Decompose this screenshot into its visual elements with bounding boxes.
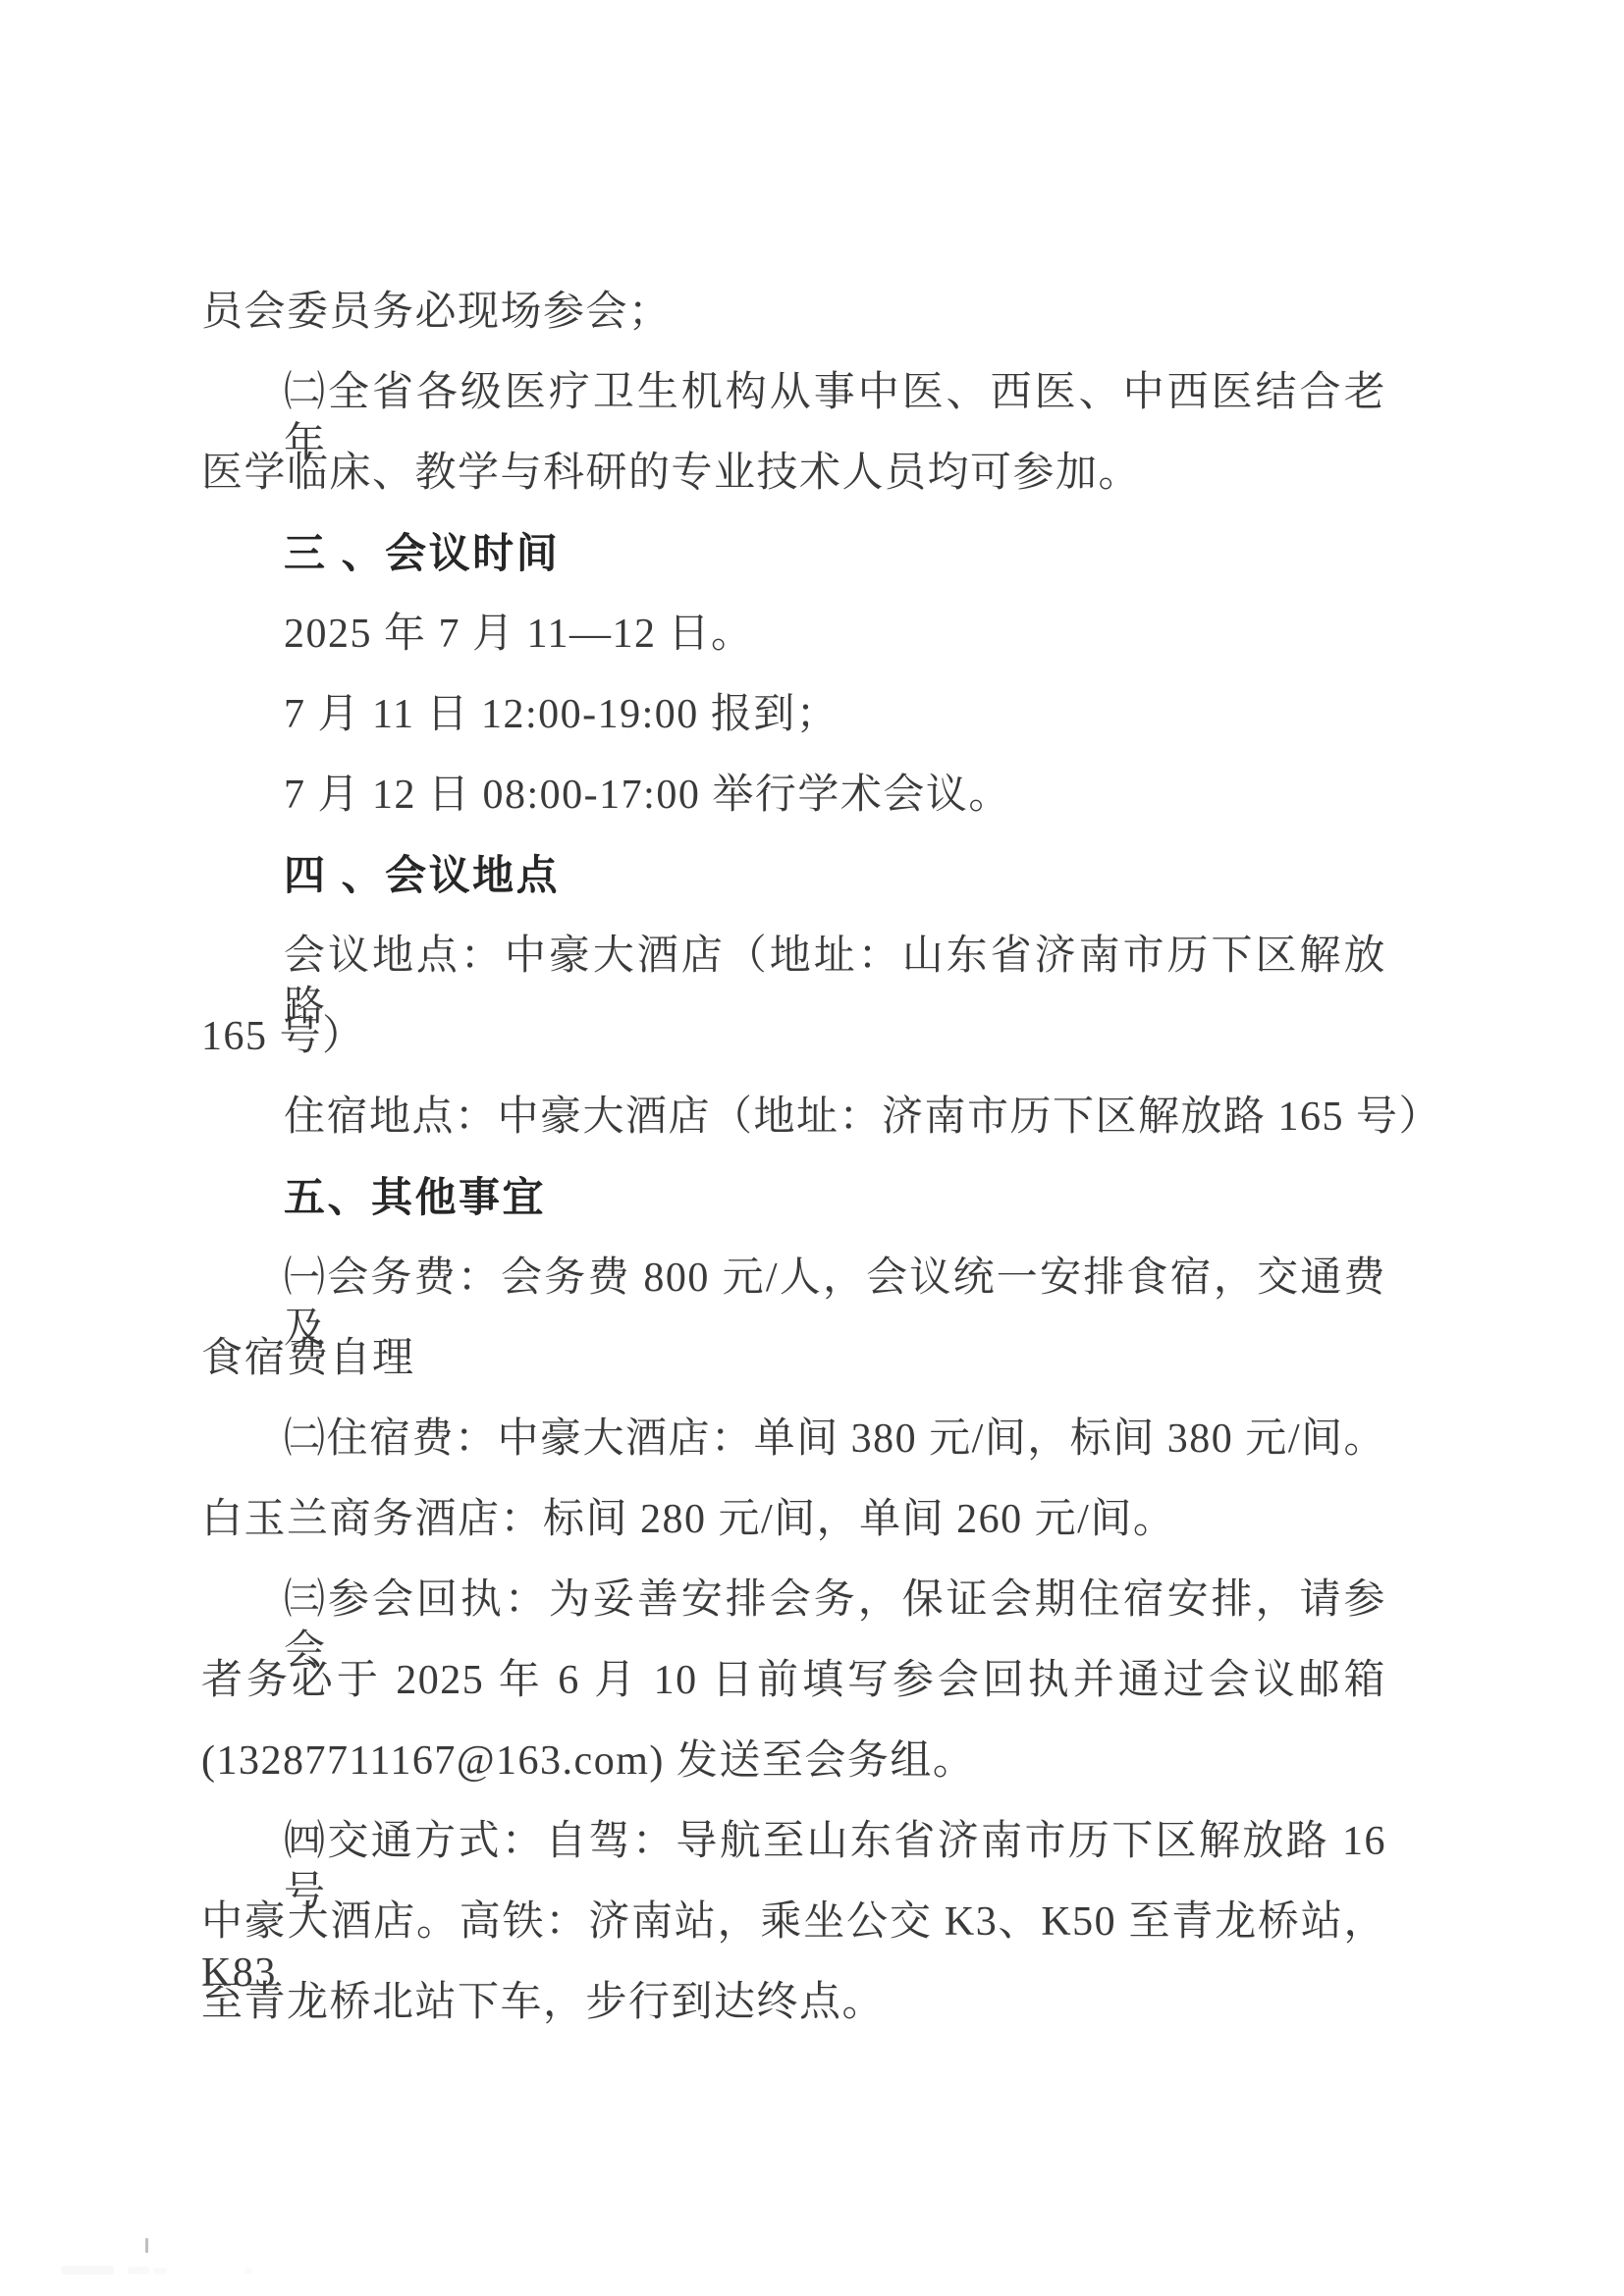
text-line: 7 月 11 日 12:00-19:00 报到； [201,689,1386,740]
scan-artifact [244,2269,252,2274]
scan-artifact [128,2267,149,2274]
text-line: 2025 年 7 月 11—12 日。 [201,609,1386,660]
text-line: ㈡住宿费：中豪大酒店：单间 380 元/间，标间 380 元/间。 [201,1414,1386,1465]
text-line: 165 号） [201,1011,1386,1062]
text-line: 7 月 12 日 08:00-17:00 举行学术会议。 [201,770,1386,821]
text-line: 者务必于 2025 年 6 月 10 日前填写参会回执并通过会议邮箱 [201,1655,1386,1706]
scan-artifact [61,2266,114,2274]
document-page: 员会委员务必现场参会；㈡全省各级医疗卫生机构从事中医、西医、中西医结合老年医学临… [0,0,1624,2296]
text-line: 医学临床、教学与科研的专业技术人员均可参加。 [201,448,1386,499]
heading-line: 四 、会议地点 [201,850,1386,901]
text-line: 员会委员务必现场参会； [201,287,1386,338]
text-line: 食宿费自理 [201,1333,1386,1384]
scan-artifact [153,2268,167,2274]
text-line: 至青龙桥北站下车，步行到达终点。 [201,1977,1386,2028]
text-line: 住宿地点：中豪大酒店（地址：济南市历下区解放路 165 号） [201,1092,1386,1143]
text-line: (13287711167@163.com) 发送至会务组。 [201,1735,1386,1787]
heading-line: 三 、会议时间 [201,528,1386,579]
scan-speck [145,2238,148,2253]
text-line: 白玉兰商务酒店：标间 280 元/间，单间 260 元/间。 [201,1494,1386,1545]
heading-line: 五、其他事宜 [201,1172,1386,1223]
